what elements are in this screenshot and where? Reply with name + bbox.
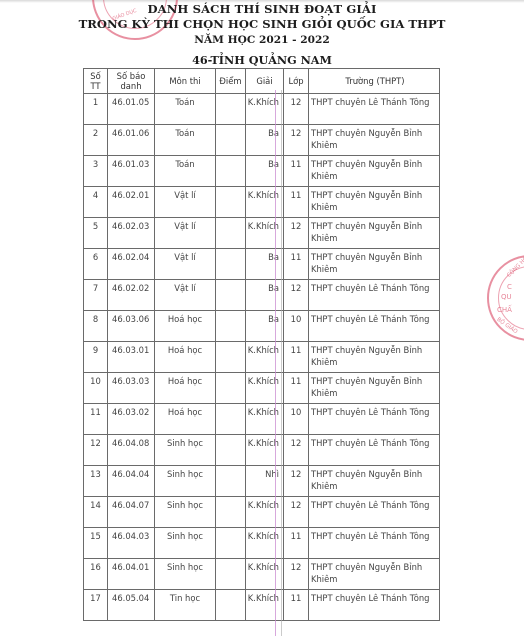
table-row: 1146.03.02Hoá họcK.Khích10THPT chuyên Lê…	[84, 404, 440, 435]
cell-score	[216, 435, 246, 466]
cell-stt: 9	[84, 342, 108, 373]
cell-stt: 7	[84, 280, 108, 311]
table-row: 446.02.01Vật líK.Khích11THPT chuyên Nguy…	[84, 187, 440, 218]
table-row: 246.01.06ToánBa12THPT chuyên Nguyễn Bỉnh…	[84, 125, 440, 156]
table-row: 646.02.04Vật líBa11THPT chuyên Nguyễn Bỉ…	[84, 249, 440, 280]
cell-grade: 11	[284, 373, 309, 404]
cell-prize: K.Khích	[246, 590, 284, 621]
official-seal-right: CỘNG HOÀ X C QU CHẤ BỘ GIÁO	[487, 255, 524, 341]
cell-score	[216, 590, 246, 621]
seal-arc-bottom-text: BỘ GIÁO	[495, 317, 518, 336]
cell-school: THPT chuyên Lê Thánh Tông	[309, 590, 440, 621]
cell-stt: 13	[84, 466, 108, 497]
cell-school: THPT chuyên Lê Thánh Tông	[309, 311, 440, 342]
cell-score	[216, 125, 246, 156]
cell-grade: 12	[284, 559, 309, 590]
cell-sbd: 46.04.03	[108, 528, 155, 559]
cell-score	[216, 94, 246, 125]
cell-stt: 1	[84, 94, 108, 125]
table-row: 1246.04.08Sinh họcK.Khích12THPT chuyên L…	[84, 435, 440, 466]
table-row: 1646.04.01Sinh họcK.Khích12THPT chuyên N…	[84, 559, 440, 590]
cell-stt: 15	[84, 528, 108, 559]
province-heading: 46-TỈNH QUẢNG NAM	[0, 53, 524, 67]
cell-grade: 12	[284, 94, 309, 125]
cell-sbd: 46.04.01	[108, 559, 155, 590]
table-row: 1346.04.04Sinh họcNhì12THPT chuyên Nguyễ…	[84, 466, 440, 497]
school-year: NĂM HỌC 2021 - 2022	[0, 34, 524, 46]
cell-stt: 10	[84, 373, 108, 404]
col-header-score: Điểm	[216, 69, 246, 94]
cell-school: THPT chuyên Nguyễn Bỉnh Khiêm	[309, 156, 440, 187]
cell-stt: 2	[84, 125, 108, 156]
cell-sbd: 46.04.04	[108, 466, 155, 497]
cell-score	[216, 528, 246, 559]
cell-school: THPT chuyên Lê Thánh Tông	[309, 404, 440, 435]
cell-score	[216, 373, 246, 404]
cell-subject: Vật lí	[155, 280, 216, 311]
table-row: 546.02.03Vật líK.Khích12THPT chuyên Nguy…	[84, 218, 440, 249]
table-row: 946.03.01Hoá họcK.Khích11THPT chuyên Ngu…	[84, 342, 440, 373]
cell-score	[216, 497, 246, 528]
cell-grade: 11	[284, 156, 309, 187]
seal-arc-top-text: CỘNG HOÀ X	[506, 249, 524, 279]
seal-line-a: C	[507, 283, 512, 291]
cell-prize: K.Khích	[246, 187, 284, 218]
cell-school: THPT chuyên Lê Thánh Tông	[309, 497, 440, 528]
col-header-prize: Giải	[246, 69, 284, 94]
cell-subject: Sinh học	[155, 559, 216, 590]
cell-score	[216, 404, 246, 435]
table-row: 146.01.05ToánK.Khích12THPT chuyên Lê Thá…	[84, 94, 440, 125]
cell-grade: 10	[284, 404, 309, 435]
cell-grade: 11	[284, 249, 309, 280]
cell-stt: 6	[84, 249, 108, 280]
col-header-sbd: Số báo danh	[108, 69, 155, 94]
cell-sbd: 46.02.01	[108, 187, 155, 218]
cell-sbd: 46.05.04	[108, 590, 155, 621]
cell-prize: Ba	[246, 125, 284, 156]
cell-school: THPT chuyên Nguyễn Bỉnh Khiêm	[309, 342, 440, 373]
cell-subject: Toán	[155, 156, 216, 187]
document-subtitle: TRONG KỲ THI CHỌN HỌC SINH GIỎI QUỐC GIA…	[0, 17, 524, 31]
cell-sbd: 46.03.03	[108, 373, 155, 404]
cell-stt: 12	[84, 435, 108, 466]
cell-sbd: 46.04.08	[108, 435, 155, 466]
cell-subject: Hoá học	[155, 342, 216, 373]
cell-school: THPT chuyên Nguyễn Bỉnh Khiêm	[309, 249, 440, 280]
cell-prize: K.Khích	[246, 559, 284, 590]
cell-subject: Vật lí	[155, 249, 216, 280]
table-row: 746.02.02Vật líBa12THPT chuyên Lê Thánh …	[84, 280, 440, 311]
cell-stt: 8	[84, 311, 108, 342]
cell-score	[216, 280, 246, 311]
cell-stt: 3	[84, 156, 108, 187]
cell-subject: Hoá học	[155, 404, 216, 435]
cell-prize: K.Khích	[246, 404, 284, 435]
cell-subject: Toán	[155, 94, 216, 125]
cell-sbd: 46.01.06	[108, 125, 155, 156]
cell-school: THPT chuyên Nguyễn Bỉnh Khiêm	[309, 125, 440, 156]
col-header-grade: Lớp	[284, 69, 309, 94]
cell-grade: 12	[284, 466, 309, 497]
col-header-school: Trường (THPT)	[309, 69, 440, 94]
cell-grade: 12	[284, 280, 309, 311]
cell-subject: Vật lí	[155, 187, 216, 218]
winners-table: Số TT Số báo danh Môn thi Điểm Giải Lớp …	[83, 68, 440, 621]
cell-subject: Sinh học	[155, 466, 216, 497]
cell-school: THPT chuyên Lê Thánh Tông	[309, 528, 440, 559]
cell-school: THPT chuyên Nguyễn Bỉnh Khiêm	[309, 559, 440, 590]
cell-prize: Ba	[246, 249, 284, 280]
seal-line-b: QU	[501, 293, 512, 301]
cell-score	[216, 156, 246, 187]
cell-school: THPT chuyên Lê Thánh Tông	[309, 435, 440, 466]
cell-score	[216, 218, 246, 249]
cell-stt: 5	[84, 218, 108, 249]
cell-school: THPT chuyên Nguyễn Bỉnh Khiêm	[309, 218, 440, 249]
cell-prize: K.Khích	[246, 435, 284, 466]
cell-stt: 4	[84, 187, 108, 218]
cell-subject: Hoá học	[155, 373, 216, 404]
table-row: 1746.05.04Tin họcK.Khích11THPT chuyên Lê…	[84, 590, 440, 621]
cell-score	[216, 559, 246, 590]
cell-grade: 12	[284, 435, 309, 466]
cell-school: THPT chuyên Lê Thánh Tông	[309, 94, 440, 125]
scan-guide-line	[275, 90, 276, 636]
table-row: 346.01.03ToánBa11THPT chuyên Nguyễn Bỉnh…	[84, 156, 440, 187]
table-row: 1046.03.03Hoá họcK.Khích11THPT chuyên Ng…	[84, 373, 440, 404]
cell-stt: 11	[84, 404, 108, 435]
cell-sbd: 46.01.03	[108, 156, 155, 187]
cell-prize: K.Khích	[246, 218, 284, 249]
table-row: 846.03.06Hoá họcBa10THPT chuyên Lê Thánh…	[84, 311, 440, 342]
cell-score	[216, 249, 246, 280]
cell-sbd: 46.01.05	[108, 94, 155, 125]
col-header-stt: Số TT	[84, 69, 108, 94]
cell-subject: Toán	[155, 125, 216, 156]
table-header-row: Số TT Số báo danh Môn thi Điểm Giải Lớp …	[84, 69, 440, 94]
cell-sbd: 46.04.07	[108, 497, 155, 528]
cell-sbd: 46.02.04	[108, 249, 155, 280]
cell-prize: Ba	[246, 156, 284, 187]
cell-score	[216, 187, 246, 218]
cell-prize: K.Khích	[246, 497, 284, 528]
seal-line-c: CHẤ	[497, 306, 512, 314]
cell-grade: 10	[284, 311, 309, 342]
cell-subject: Vật lí	[155, 218, 216, 249]
cell-stt: 14	[84, 497, 108, 528]
cell-grade: 11	[284, 590, 309, 621]
cell-prize: K.Khích	[246, 373, 284, 404]
cell-school: THPT chuyên Nguyễn Bỉnh Khiêm	[309, 373, 440, 404]
cell-prize: Ba	[246, 311, 284, 342]
table-row: 1446.04.07Sinh họcK.Khích12THPT chuyên L…	[84, 497, 440, 528]
cell-grade: 12	[284, 218, 309, 249]
cell-subject: Tin học	[155, 590, 216, 621]
cell-prize: K.Khích	[246, 342, 284, 373]
cell-sbd: 46.02.02	[108, 280, 155, 311]
cell-sbd: 46.03.01	[108, 342, 155, 373]
cell-sbd: 46.03.06	[108, 311, 155, 342]
cell-grade: 11	[284, 528, 309, 559]
cell-score	[216, 466, 246, 497]
cell-prize: K.Khích	[246, 94, 284, 125]
cell-subject: Hoá học	[155, 311, 216, 342]
cell-subject: Sinh học	[155, 497, 216, 528]
cell-school: THPT chuyên Lê Thánh Tông	[309, 280, 440, 311]
document-title: DANH SÁCH THÍ SINH ĐOẠT GIẢI	[0, 2, 524, 16]
col-header-subject: Môn thi	[155, 69, 216, 94]
cell-stt: 17	[84, 590, 108, 621]
cell-grade: 11	[284, 342, 309, 373]
cell-school: THPT chuyên Nguyễn Bỉnh Khiêm	[309, 187, 440, 218]
cell-sbd: 46.02.03	[108, 218, 155, 249]
cell-sbd: 46.03.02	[108, 404, 155, 435]
cell-stt: 16	[84, 559, 108, 590]
cell-prize: Nhì	[246, 466, 284, 497]
cell-grade: 12	[284, 125, 309, 156]
cell-score	[216, 311, 246, 342]
cell-subject: Sinh học	[155, 435, 216, 466]
cell-grade: 11	[284, 187, 309, 218]
cell-school: THPT chuyên Nguyễn Bỉnh Khiêm	[309, 466, 440, 497]
cell-prize: K.Khích	[246, 528, 284, 559]
cell-subject: Sinh học	[155, 528, 216, 559]
cell-score	[216, 342, 246, 373]
table-row: 1546.04.03Sinh họcK.Khích11THPT chuyên L…	[84, 528, 440, 559]
cell-grade: 12	[284, 497, 309, 528]
cell-prize: Ba	[246, 280, 284, 311]
scan-guide-line-secondary	[281, 90, 282, 636]
